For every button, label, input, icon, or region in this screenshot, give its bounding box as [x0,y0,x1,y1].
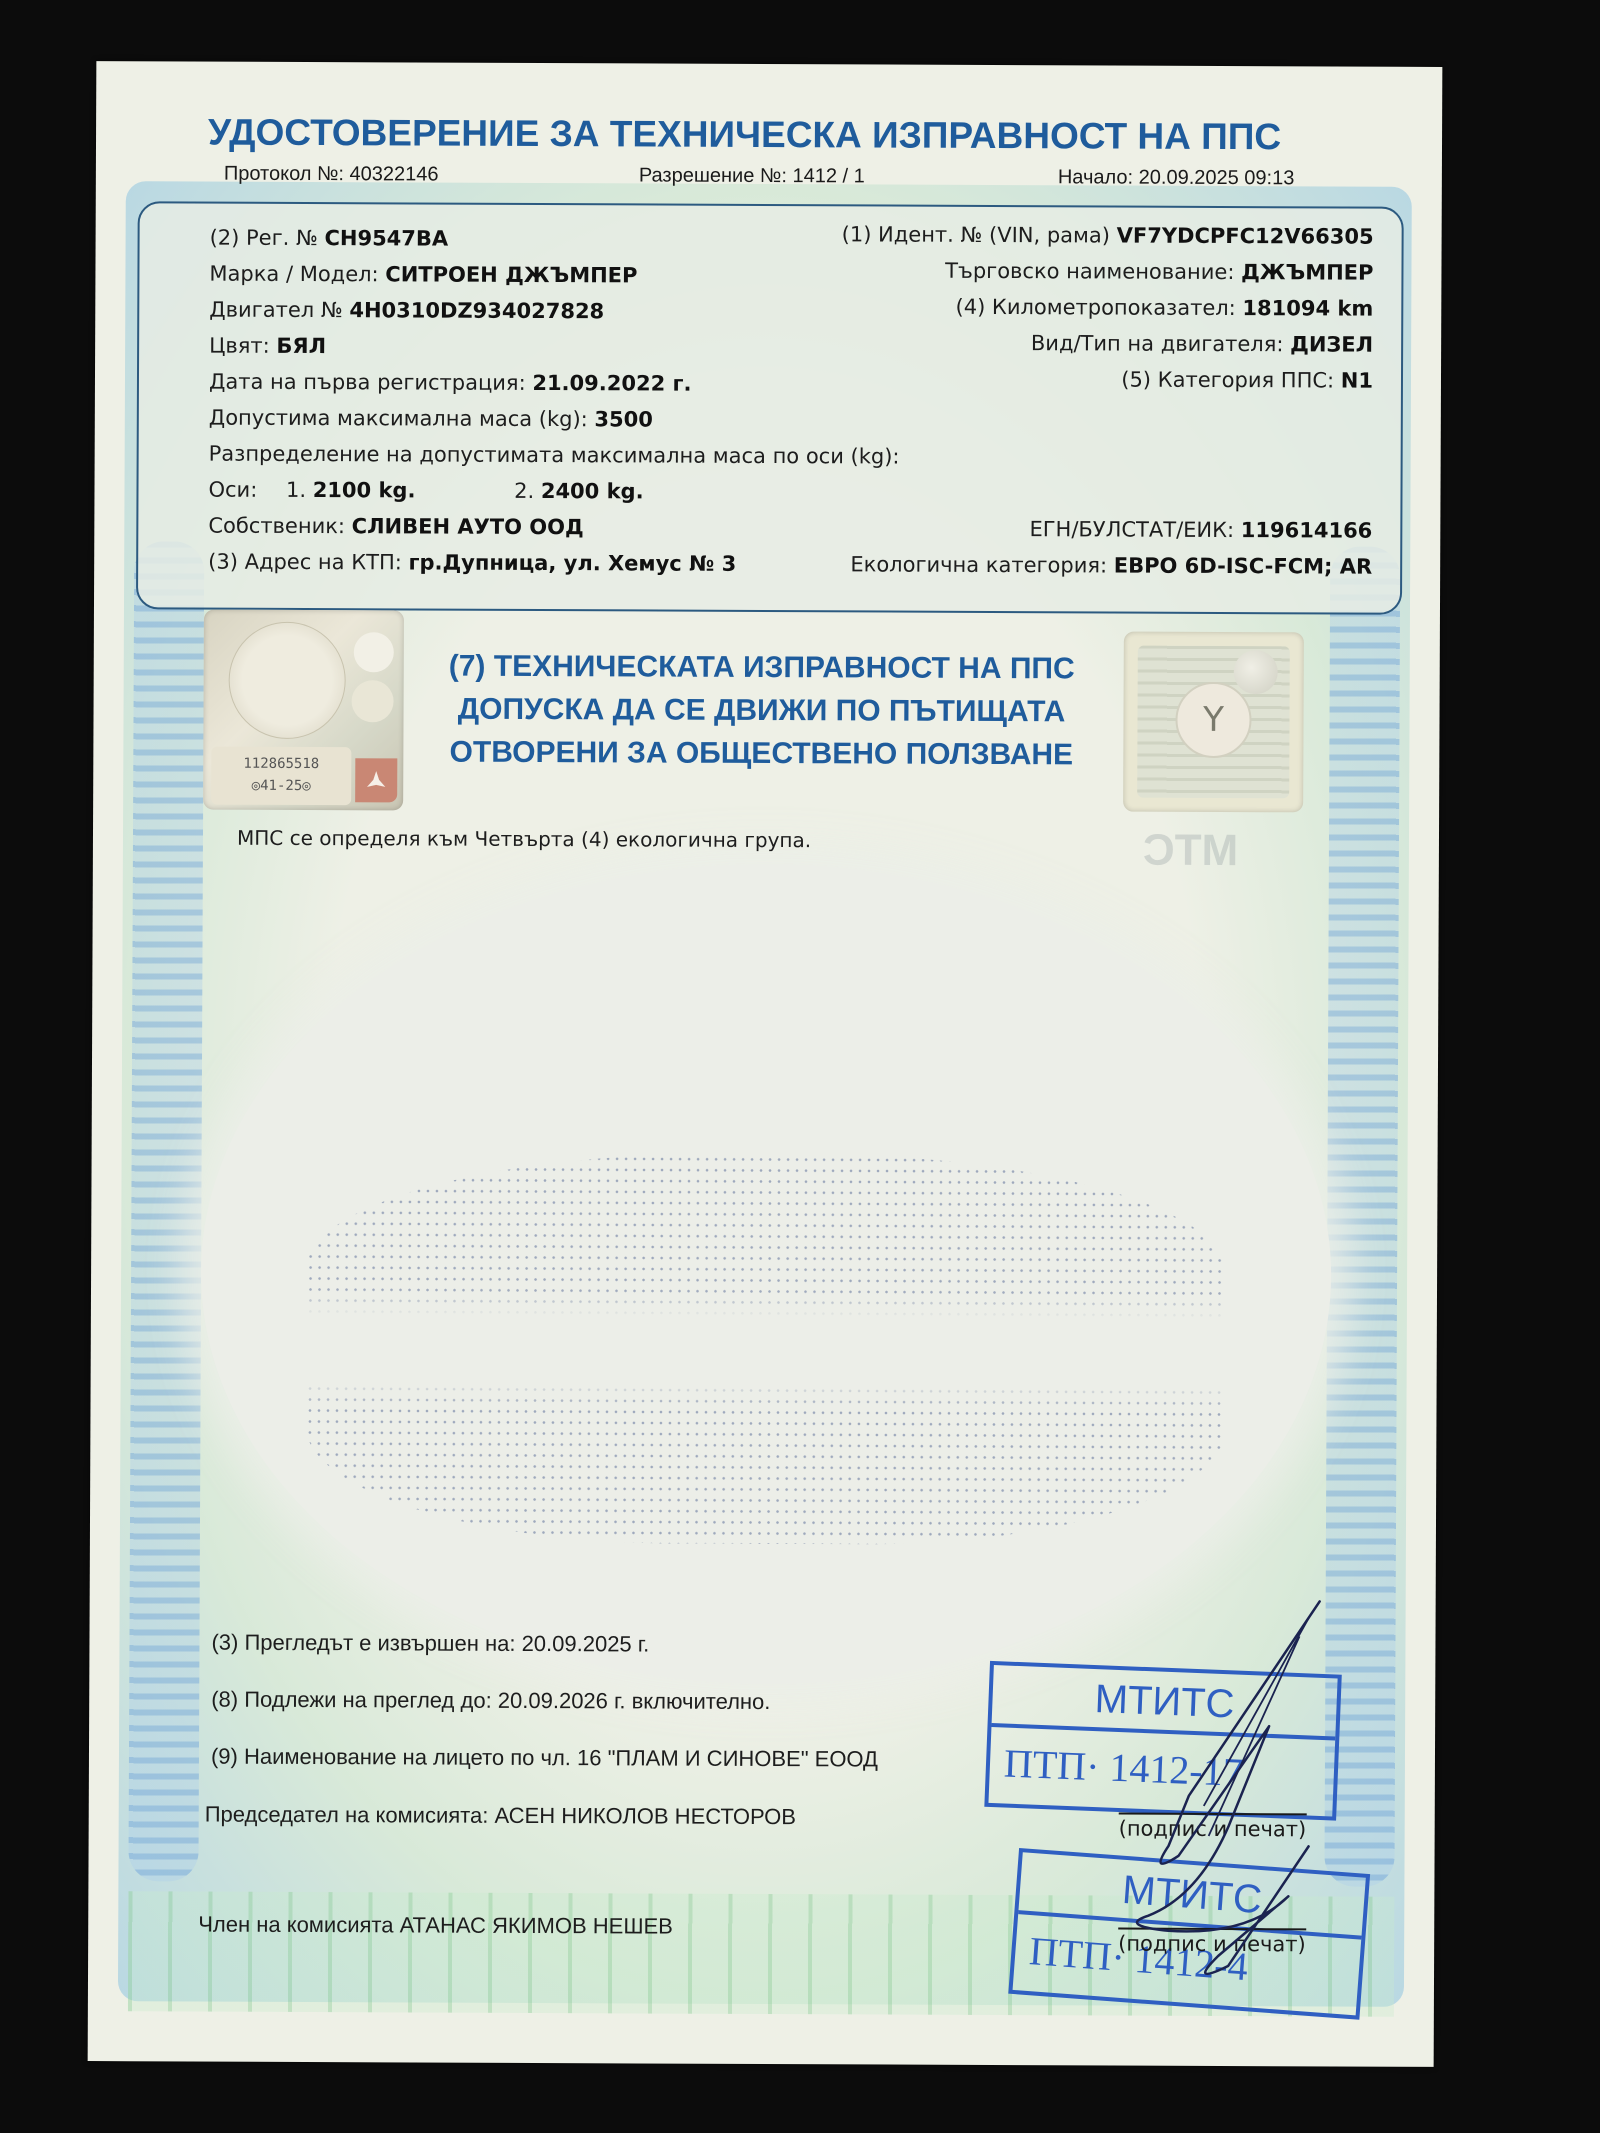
hologram-sticker-left: 112865518 ◎41-25◎ 🟂 [203,610,404,811]
person-logo-icon: 🟂 [355,758,397,802]
eco-category: Екологична категория: ЕВРО 6D-ISC-FCM; A… [850,552,1372,578]
vin: (1) Идент. № (VIN, рама) VF7YDCPFC12V663… [842,222,1374,248]
ktp-address: (3) Адрес на КТП: гр.Дупница, ул. Хемус … [208,550,736,576]
inspection-entity: (9) Наименование на лицето по чл. 16 "ПЛ… [211,1744,878,1773]
engine-number: Двигател № 4H0310DZ934027828 [209,298,604,324]
hologram-emblem-icon [228,622,346,740]
eco-group-note: МПС се определя към Четвърта (4) екологи… [237,826,811,853]
protocol-number: Протокол №: 40322146 [224,163,439,187]
vehicle-category: (5) Категория ППС: N1 [1121,368,1373,393]
owner-id: ЕГН/БУЛСТАТ/ЕИК: 119614166 [1029,517,1372,542]
first-registration: Дата на първа регистрация: 21.09.2022 г. [209,370,692,396]
left-security-border [128,541,204,1881]
engine-type: Вид/Тип на двигателя: ДИЗЕЛ [1031,331,1373,356]
serial-number: 112865518 [211,753,351,776]
statement-line: ДОПУСКА ДА СЕ ДВИЖИ ПО ПЪТИЩАТА [411,687,1111,733]
hologram-serial: 112865518 ◎41-25◎ [211,747,351,806]
statement-line: (7) ТЕХНИЧЕСКАТА ИЗПРАВНОСТ НА ППС [412,644,1112,690]
axle-distribution-label: Разпределение на допустимата максимална … [209,442,900,469]
dot-security-pattern [305,1152,1227,1546]
owner: Собственик: СЛИВЕН АУТО ООД [208,514,583,540]
max-mass: Допустима максимална маса (kg): 3500 [209,406,653,432]
permit-number: Разрешение №: 1412 / 1 [639,164,865,188]
magnifier-icon [1234,650,1278,694]
trade-name: Търговско наименование: ДЖЪМПЕР [945,259,1373,285]
commission-member: Член на комисията АТАНАС ЯКИМОВ НЕШЕВ [198,1912,673,1940]
color: Цвят: БЯЛ [209,334,326,359]
vehicle-info-box: (2) Рег. № CH9547BA Марка / Модел: СИТРО… [136,201,1404,615]
statement-line: ОТВОРЕНИ ЗА ОБЩЕСТВЕНО ПОЛЗВАНЕ [411,730,1111,776]
person-logo-icon: Y [1175,682,1251,758]
hologram-sticker-right: Y [1123,632,1304,813]
odometer: (4) Километропоказател: 181094 km [955,295,1373,321]
ghost-watermark: МТС [1143,826,1239,876]
serial-code: ◎41-25◎ [211,775,351,798]
start-datetime: Начало: 20.09.2025 09:13 [1058,166,1295,190]
roadworthiness-statement: (7) ТЕХНИЧЕСКАТА ИЗПРАВНОСТ НА ППС ДОПУС… [411,644,1112,776]
hologram-dot [354,632,394,672]
document-title: УДОСТОВЕРЕНИЕ ЗА ТЕХНИЧЕСКА ИЗПРАВНОСТ Н… [208,112,1338,159]
inspection-performed: (3) Прегледът е извършен на: 20.09.2025 … [211,1630,649,1658]
signature-icon [1108,1596,1330,1997]
hologram-dot [351,680,393,722]
make-model: Марка / Модел: СИТРОЕН ДЖЪМПЕР [209,262,637,288]
commission-chairman: Председател на комисията: АСЕН НИКОЛОВ Н… [205,1802,796,1831]
next-inspection: (8) Подлежи на преглед до: 20.09.2026 г.… [211,1687,770,1715]
reg-number: (2) Рег. № CH9547BA [210,226,449,251]
axles: Оси: 1. 2100 kg. 2. 2400 kg. [208,478,643,504]
certificate-document: УДОСТОВЕРЕНИЕ ЗА ТЕХНИЧЕСКА ИЗПРАВНОСТ Н… [88,61,1443,2067]
